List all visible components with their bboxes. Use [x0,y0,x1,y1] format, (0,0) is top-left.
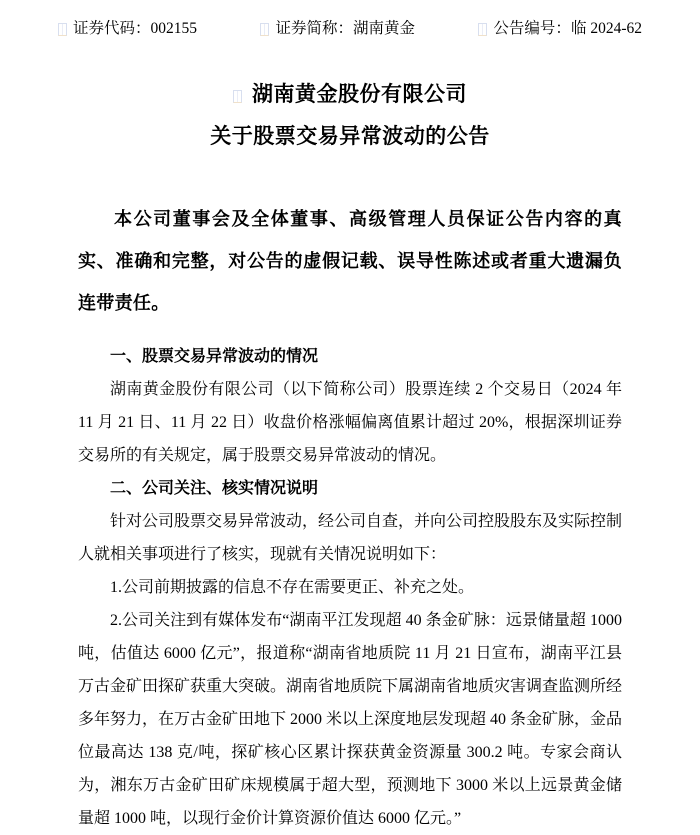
embed-marker-icon [233,90,242,103]
stock-code-label: 证券代码： [73,18,151,40]
section-2-paragraph-1: 针对公司股票交易异常波动，经公司自查，并向公司控股股东及实际控制人就相关事项进行… [78,505,622,571]
stock-name-field: 证券简称：湖南黄金 [260,18,415,40]
notice-number-label: 公告编号： [493,18,571,40]
embed-marker-icon [260,23,269,36]
section-2-paragraph-2: 1.公司前期披露的信息不存在需要更正、补充之处。 [78,571,622,604]
notice-number-field: 公告编号：临 2024-62 [478,18,642,40]
notice-number-value: 临 2024-62 [571,18,642,40]
section-1-paragraph: 湖南黄金股份有限公司（以下简称公司）股票连续 2 个交易日（2024 年 11 … [78,373,622,472]
section-2-paragraph-3: 2.公司关注到有媒体发布“湖南平江发现超 40 条金矿脉：远景储量超 1000 … [78,604,622,835]
document-header: 证券代码：002155 证券简称：湖南黄金 公告编号：临 2024-62 [0,18,700,40]
section-2-heading: 二、公司关注、核实情况说明 [78,472,622,505]
announcement-title: 关于股票交易异常波动的公告 [0,116,700,158]
document-page: 证券代码：002155 证券简称：湖南黄金 公告编号：临 2024-62 湖南黄… [0,0,700,835]
stock-code-field: 证券代码：002155 [58,18,197,40]
document-body: 一、股票交易异常波动的情况 湖南黄金股份有限公司（以下简称公司）股票连续 2 个… [0,340,700,835]
stock-name-value: 湖南黄金 [353,18,415,40]
company-title-text: 湖南黄金股份有限公司 [252,83,467,106]
title-block: 湖南黄金股份有限公司 关于股票交易异常波动的公告 [0,74,700,158]
embed-marker-icon [58,23,67,36]
stock-name-label: 证券简称： [275,18,353,40]
embed-marker-icon [478,23,487,36]
company-title: 湖南黄金股份有限公司 [0,74,700,116]
announcement-title-text: 关于股票交易异常波动的公告 [210,125,490,148]
board-declaration: 本公司董事会及全体董事、高级管理人员保证公告内容的真实、准确和完整，对公告的虚假… [0,198,700,324]
section-1-heading: 一、股票交易异常波动的情况 [78,340,622,373]
stock-code-value: 002155 [151,18,198,40]
